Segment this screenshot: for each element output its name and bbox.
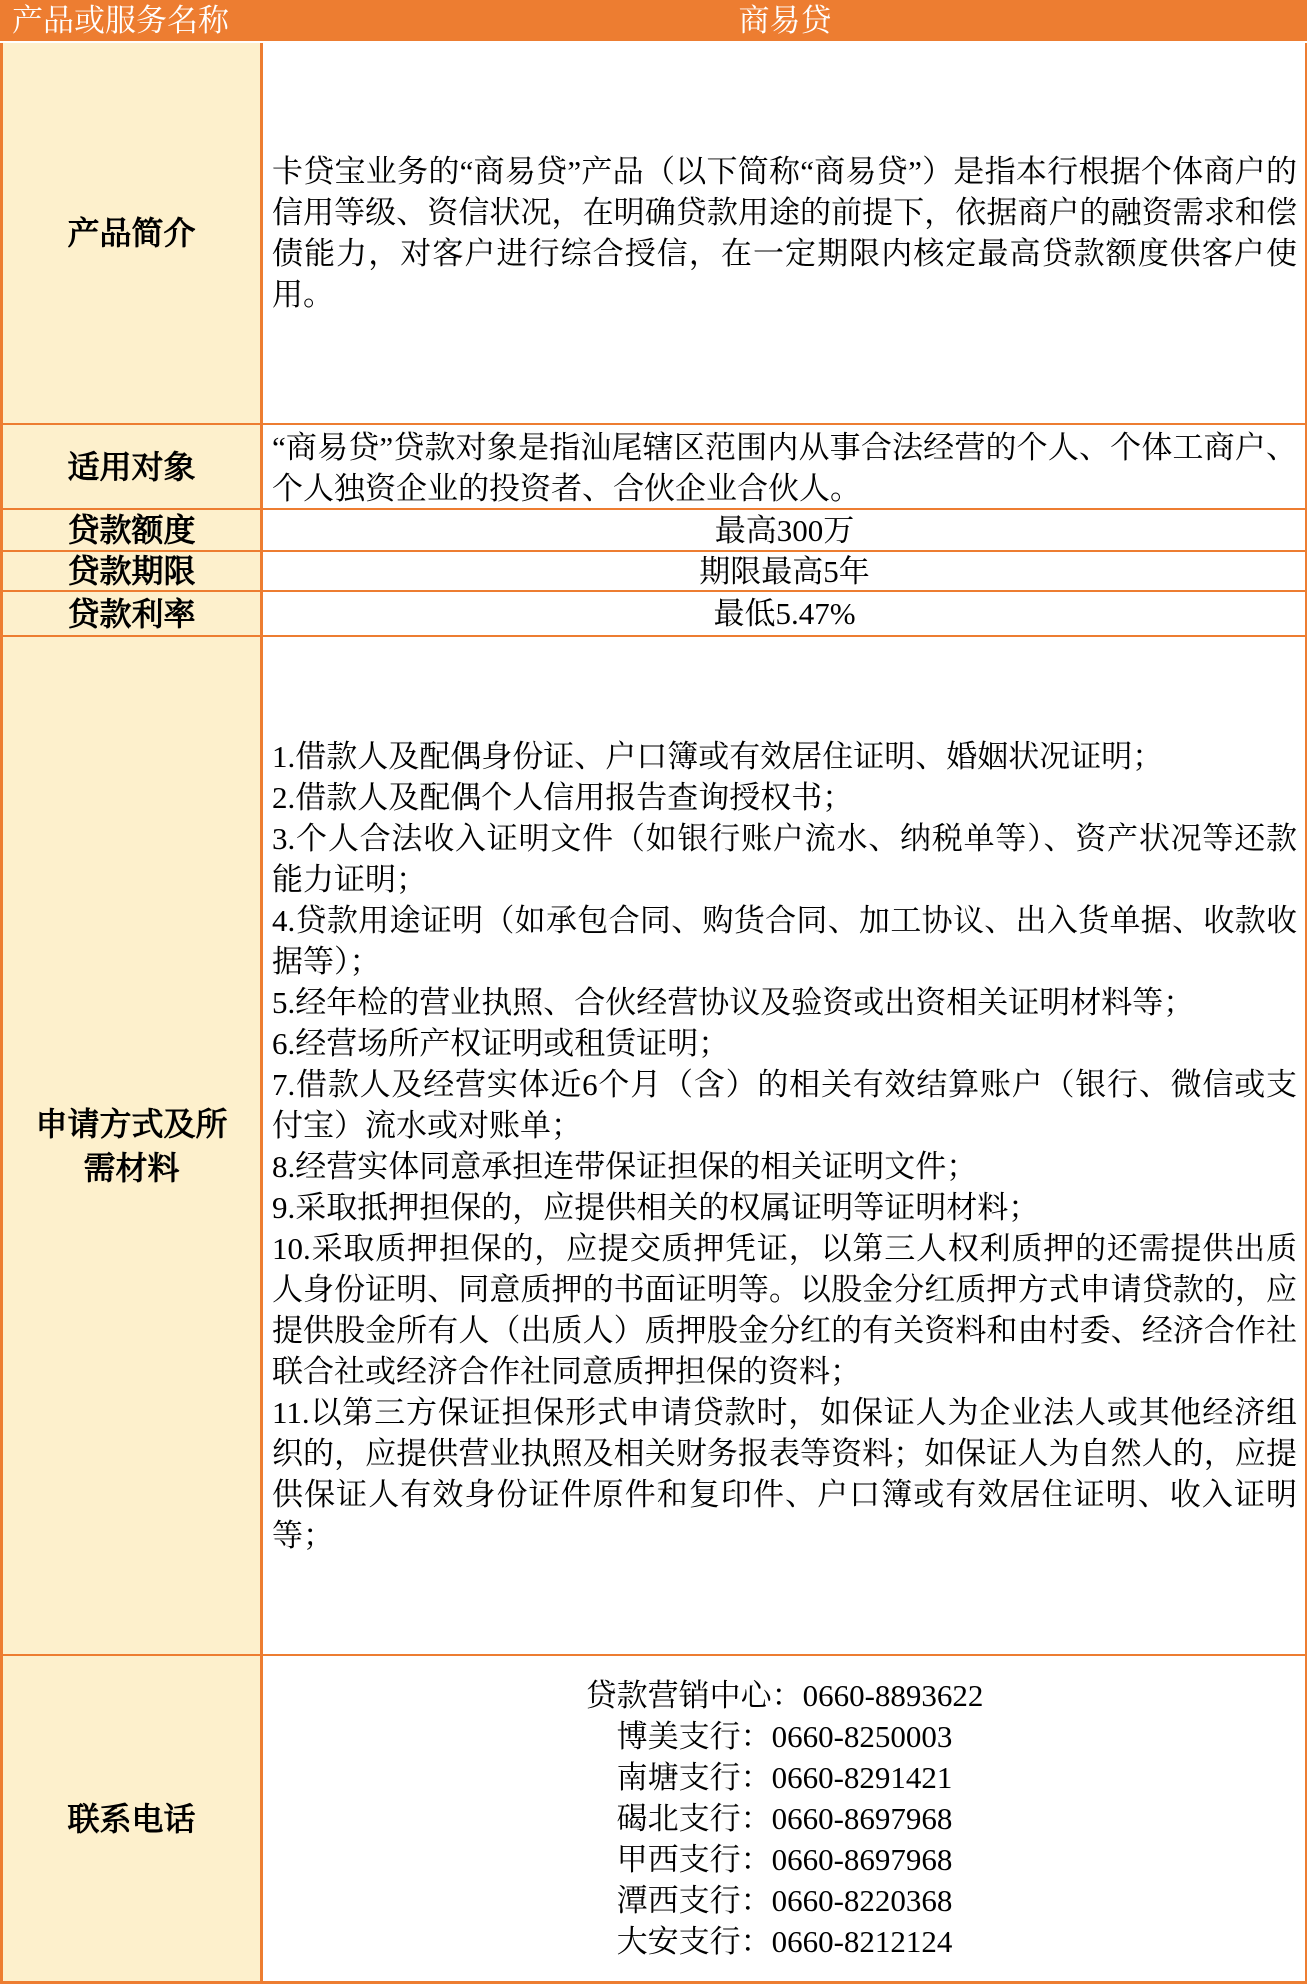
- row-label-loan-rate: 贷款利率: [3, 592, 263, 635]
- phone-line: 碣北支行：0660-8697968: [272, 1798, 1297, 1839]
- product-intro-text: 卡贷宝业务的“商易贷”产品（以下简称“商易贷”）是指本行根据个体商户的信用等级、…: [272, 151, 1297, 315]
- material-item: 7.借款人及经营实体近6个月（含）的相关有效结算账户（银行、微信或支付宝）流水或…: [272, 1064, 1297, 1146]
- row-label-application-materials: 申请方式及所需材料: [3, 637, 263, 1654]
- row-label-contact-phone: 联系电话: [3, 1656, 263, 1981]
- header-name-label: 产品或服务名称: [0, 0, 263, 41]
- loan-term-value: 期限最高5年: [272, 551, 1297, 592]
- product-intro-cell: 卡贷宝业务的“商易贷”产品（以下简称“商易贷”）是指本行根据个体商户的信用等级、…: [263, 43, 1305, 423]
- row-label-loan-term: 贷款期限: [3, 552, 263, 590]
- phone-line: 潭西支行：0660-8220368: [272, 1880, 1297, 1921]
- loan-rate-value: 最低5.47%: [272, 593, 1297, 634]
- table-row: 适用对象 “商易贷”贷款对象是指汕尾辖区范围内从事合法经营的个人、个体工商户、个…: [3, 423, 1305, 508]
- applicable-targets-cell: “商易贷”贷款对象是指汕尾辖区范围内从事合法经营的个人、个体工商户、个人独资企业…: [263, 425, 1305, 508]
- material-item: 4.贷款用途证明（如承包合同、购货合同、加工协议、出入货单据、收款收据等）；: [272, 900, 1297, 982]
- loan-term-cell: 期限最高5年: [263, 552, 1305, 590]
- material-item: 1.借款人及配偶身份证、户口簿或有效居住证明、婚姻状况证明；: [272, 736, 1297, 777]
- row-label-product-intro: 产品简介: [3, 43, 263, 423]
- table-row: 联系电话 贷款营销中心：0660-8893622 博美支行：0660-82500…: [3, 1654, 1305, 1981]
- material-item: 5.经年检的营业执照、合伙经营协议及验资或出资相关证明材料等；: [272, 982, 1297, 1023]
- loan-product-table: 产品或服务名称 商易贷 产品简介 卡贷宝业务的“商易贷”产品（以下简称“商易贷”…: [0, 0, 1307, 1984]
- table-row: 贷款额度 最高300万: [3, 508, 1305, 550]
- material-item: 3.个人合法收入证明文件（如银行账户流水、纳税单等）、资产状况等还款能力证明；: [272, 818, 1297, 900]
- phone-line: 南塘支行：0660-8291421: [272, 1757, 1297, 1798]
- phone-line: 博美支行：0660-8250003: [272, 1716, 1297, 1757]
- phone-line: 甲西支行：0660-8697968: [272, 1839, 1297, 1880]
- applicable-targets-text: “商易贷”贷款对象是指汕尾辖区范围内从事合法经营的个人、个体工商户、个人独资企业…: [272, 427, 1297, 509]
- table-row: 贷款利率 最低5.47%: [3, 590, 1305, 635]
- material-item: 8.经营实体同意承担连带保证担保的相关证明文件；: [272, 1146, 1297, 1187]
- phone-line: 贷款营销中心：0660-8893622: [272, 1675, 1297, 1716]
- material-item: 6.经营场所产权证明或租赁证明；: [272, 1023, 1297, 1064]
- loan-amount-cell: 最高300万: [263, 510, 1305, 550]
- material-item: 10.采取质押担保的，应提交质押凭证，以第三人权利质押的还需提供出质人身份证明、…: [272, 1228, 1297, 1392]
- table-row: 产品简介 卡贷宝业务的“商易贷”产品（以下简称“商易贷”）是指本行根据个体商户的…: [3, 43, 1305, 423]
- contact-phone-cell: 贷款营销中心：0660-8893622 博美支行：0660-8250003 南塘…: [263, 1656, 1305, 1981]
- loan-rate-cell: 最低5.47%: [263, 592, 1305, 635]
- table-row: 贷款期限 期限最高5年: [3, 550, 1305, 590]
- table-row: 申请方式及所需材料 1.借款人及配偶身份证、户口簿或有效居住证明、婚姻状况证明；…: [3, 635, 1305, 1654]
- material-item: 2.借款人及配偶个人信用报告查询授权书；: [272, 777, 1297, 818]
- loan-amount-value: 最高300万: [272, 510, 1297, 551]
- material-item: 11.以第三方保证担保形式申请贷款时，如保证人为企业法人或其他经济组织的，应提供…: [272, 1392, 1297, 1556]
- table-body: 产品简介 卡贷宝业务的“商易贷”产品（以下简称“商易贷”）是指本行根据个体商户的…: [0, 43, 1307, 1984]
- row-label-loan-amount: 贷款额度: [3, 510, 263, 550]
- phone-line: 大安支行：0660-8212124: [272, 1921, 1297, 1962]
- application-materials-cell: 1.借款人及配偶身份证、户口簿或有效居住证明、婚姻状况证明； 2.借款人及配偶个…: [263, 637, 1305, 1654]
- material-item: 9.采取抵押担保的，应提供相关的权属证明等证明材料；: [272, 1187, 1297, 1228]
- header-product-title: 商易贷: [263, 0, 1307, 41]
- table-header-row: 产品或服务名称 商易贷: [0, 0, 1307, 41]
- row-label-applicable-targets: 适用对象: [3, 425, 263, 508]
